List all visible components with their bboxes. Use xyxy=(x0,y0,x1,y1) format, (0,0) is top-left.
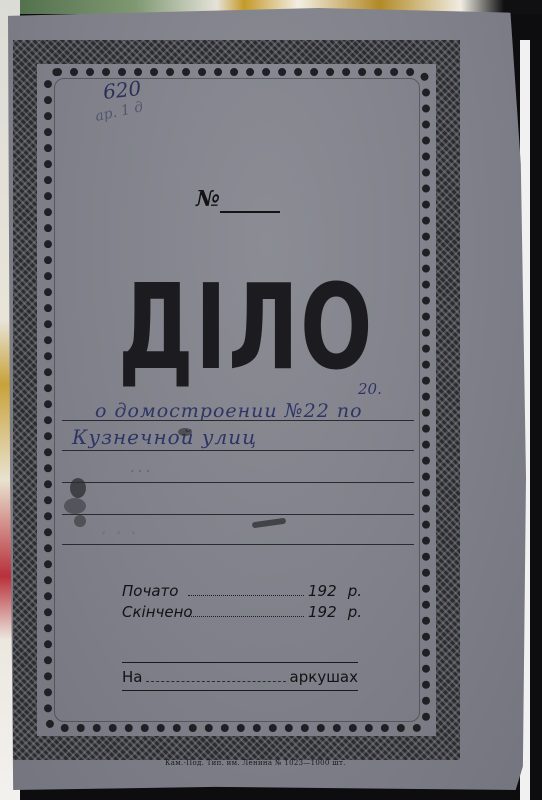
finished-year: 192 xyxy=(308,603,342,621)
subject-line-2: Кузнечной улиц xyxy=(72,425,257,449)
ruled-line xyxy=(62,544,414,545)
finished-row: Скінчено 192 р. xyxy=(122,603,362,623)
finished-label: Скінчено xyxy=(122,603,188,621)
ruled-line xyxy=(62,450,414,451)
ruled-line xyxy=(62,482,414,483)
printer-imprint: Кам.-Под. Тип. им. Ленина № 1023—1000 шт… xyxy=(165,759,346,767)
ink-stain xyxy=(70,478,86,498)
started-year: 192 xyxy=(308,582,342,600)
started-row: Почато 192 р. xyxy=(122,582,362,602)
ink-stain xyxy=(74,515,86,527)
started-suffix: р. xyxy=(342,582,362,600)
subject-line-1: о домостроении №22 по xyxy=(95,400,363,422)
started-field xyxy=(188,594,304,596)
finished-field xyxy=(188,615,304,617)
document-title: ДІЛО xyxy=(118,268,298,398)
subject-line-4: ... xyxy=(100,515,145,540)
sheets-field xyxy=(146,681,285,682)
subject-line-3: ... xyxy=(130,458,153,476)
ruled-line xyxy=(62,420,414,421)
rule-above-sheets xyxy=(122,662,358,663)
subject-superscript: 20. xyxy=(358,380,382,398)
sheets-row: На аркушах xyxy=(122,668,358,686)
sheets-suffix: аркушах xyxy=(290,668,358,686)
rule-below-sheets xyxy=(122,690,358,691)
number-label: № xyxy=(196,186,220,212)
number-field xyxy=(220,211,280,213)
sheets-prefix: На xyxy=(122,668,142,686)
finished-suffix: р. xyxy=(342,603,362,621)
ink-stain xyxy=(64,498,86,514)
ink-stain xyxy=(178,428,192,436)
started-label: Почато xyxy=(122,582,188,600)
